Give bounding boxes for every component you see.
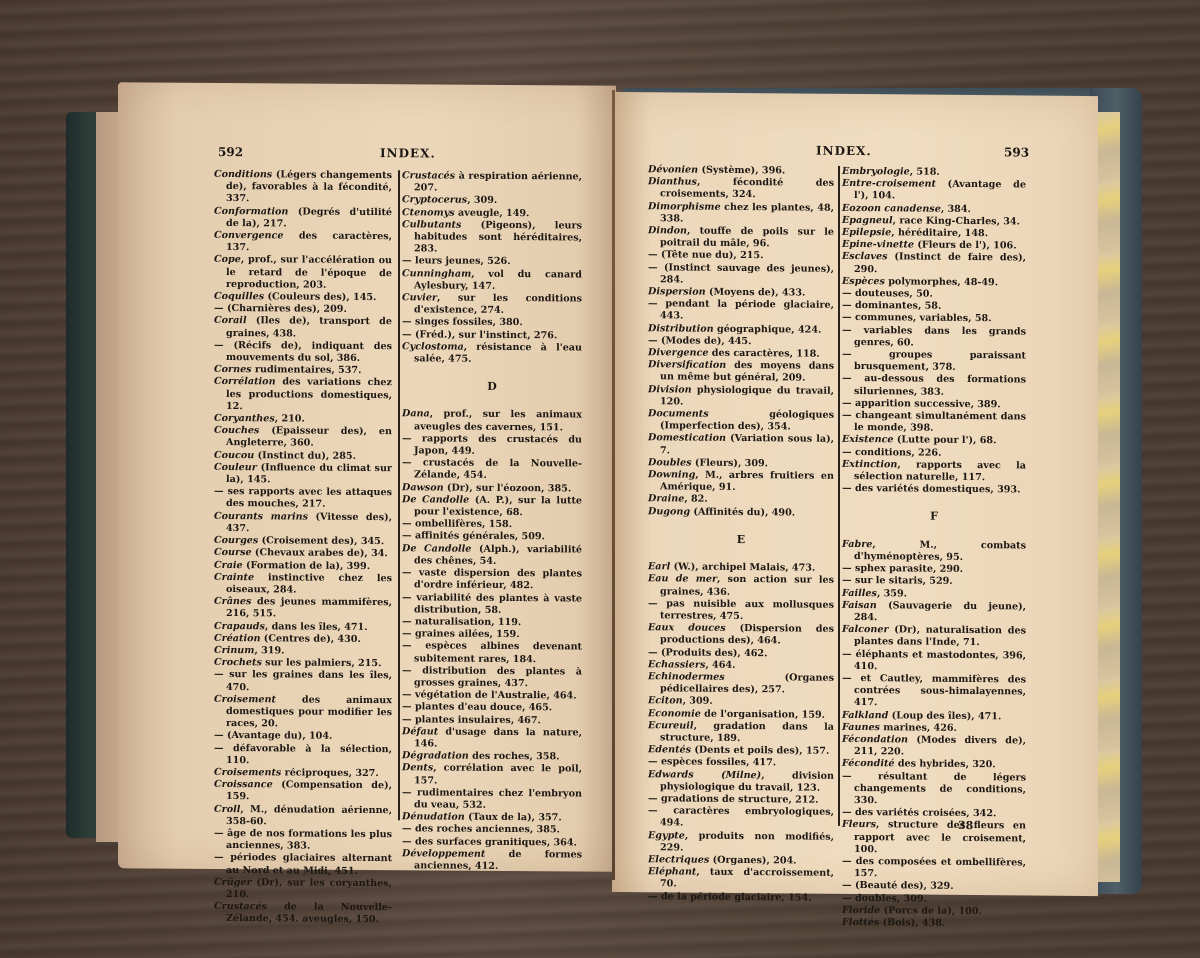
entry-text: (Lutte pour l'), 68.	[894, 435, 997, 447]
entry-term: Conformation	[214, 206, 288, 218]
index-subentry: éléphants et mastodontes, 396, 410.	[842, 648, 1026, 674]
entry-text: défavorable à la sélection, 110.	[214, 742, 392, 765]
entry-term: Falkland	[842, 709, 888, 720]
index-entry: Corail (Iles de), transport de graines, …	[214, 315, 392, 341]
index-subentry: pas nuisible aux mollusques terrestres, …	[648, 598, 834, 624]
entry-text: périodes glaciaires alternant au Nord et…	[214, 852, 392, 876]
entry-text: des caractères, 118.	[708, 348, 819, 360]
entry-term: Dénudation	[402, 811, 465, 822]
index-entry: Esclaves (Instinct de faire des), 290.	[842, 251, 1026, 277]
entry-text: sur les graines dans les îles, 470.	[214, 669, 392, 692]
entry-text: (Chevaux arabes de), 34.	[252, 547, 388, 559]
entry-term: Courges	[214, 535, 258, 546]
index-entry: Croisement des animaux domestiques pour …	[214, 694, 392, 732]
entry-text: éléphants et mastodontes, 396, 410.	[842, 648, 1026, 672]
entry-text: graines ailées, 159.	[402, 628, 520, 640]
entry-text: vaste dispersion des plantes d'ordre inf…	[402, 567, 582, 591]
entry-text: végétation de l'Australie, 464.	[402, 689, 577, 701]
index-entry: Défaut d'usage dans la nature, 146.	[402, 726, 582, 752]
index-subentry: groupes paraissant brusquement, 378.	[842, 349, 1026, 375]
entry-text: marines, 426.	[880, 722, 957, 734]
entry-term: Esclaves	[842, 251, 888, 262]
index-subentry: variabilité des plantes à vaste distribu…	[402, 592, 582, 618]
entry-text: , race King-Charles, 34.	[893, 215, 1020, 227]
entry-term: Dispersion	[648, 286, 706, 298]
entry-text: (Beauté des), 329.	[842, 880, 954, 892]
entry-text: ombellifères, 158.	[402, 519, 512, 531]
entry-term: Division	[648, 384, 692, 395]
entry-term: Crustacés	[402, 170, 455, 181]
entry-text: réciproques, 327.	[281, 767, 378, 779]
entry-term: Epilepsie	[842, 227, 891, 238]
entry-term: Cunningham	[402, 268, 471, 279]
index-entry: Documents géologiques (Imperfection des)…	[648, 408, 834, 434]
entry-term: Entre-croisement	[842, 178, 936, 190]
entry-text: doubles, 309.	[842, 892, 927, 904]
entry-term: Courants marins	[214, 511, 308, 523]
entry-text: des hybrides, 320.	[895, 759, 996, 771]
entry-text: (Avantage du), 104.	[214, 730, 332, 742]
entry-term: Croisement	[214, 694, 276, 705]
left-page: 592 INDEX. Conditions (Légers changement…	[118, 82, 616, 871]
entry-term: Ctenomys	[402, 207, 455, 218]
entry-term: Crapauds	[214, 620, 265, 631]
entry-text: âge de nos formations les plus anciennes…	[214, 828, 392, 852]
entry-text: (Moyens de), 433.	[706, 287, 806, 299]
entry-text: , corrélation avec le poil, 157.	[414, 763, 582, 786]
entry-text: des jeunes mammifères, 216, 515.	[226, 596, 392, 619]
index-entry: Cyclostoma, résistance à l'eau salée, 47…	[402, 341, 582, 367]
entry-term: Distribution	[648, 323, 714, 335]
entry-text: (Fleurs de l'), 106.	[914, 240, 1017, 252]
index-entry: Couches (Epaisseur des), en Angleterre, …	[214, 425, 392, 451]
index-entry: Corrélation des variations chez les prod…	[214, 376, 392, 414]
entry-text: , sur les conditions d'existence, 274.	[414, 293, 582, 317]
entry-text: d'usage dans la nature, 146.	[414, 726, 582, 749]
index-subentry: des composées et ombellifères, 157.	[842, 856, 1026, 882]
signature-mark: 38	[958, 819, 973, 832]
index-entry: Entre-croisement (Avantage de l'), 104.	[842, 178, 1026, 204]
entry-term: Couches	[214, 425, 259, 436]
index-entry: Culbutants (Pigeons), leurs habitudes so…	[402, 219, 582, 257]
entry-text: douteuses, 50.	[842, 288, 933, 300]
index-subentry: changeant simultanément dans le monde, 3…	[842, 410, 1026, 436]
entry-text: , 518.	[910, 166, 940, 177]
entry-text: des roches, 358.	[469, 751, 560, 763]
index-entry: Falconer (Dr), naturalisation des plante…	[842, 624, 1026, 650]
entry-text: des surfaces granitiques, 364.	[402, 836, 577, 848]
index-subentry: caractères embryologiques, 494.	[648, 805, 834, 831]
entry-text: distribution des plantes à grosses grain…	[402, 665, 582, 689]
entry-term: Egypte	[648, 830, 685, 841]
book-gutter	[612, 90, 615, 880]
index-entry: Convergence des caractères, 137.	[214, 230, 392, 256]
index-subentry: et Cautley, mammifères des contrées sous…	[842, 673, 1026, 711]
index-entry: Edwards (Milne), division physiologique …	[648, 769, 834, 795]
entry-term: Coquilles	[214, 291, 264, 302]
entry-text: , 82.	[684, 494, 707, 505]
entry-term: Fleurs	[842, 819, 876, 830]
entry-text: groupes paraissant brusquement, 378.	[842, 349, 1026, 373]
index-entry: Egypte, produits non modifiés, 229.	[648, 830, 834, 856]
index-subentry: pendant la période glaciaire, 443.	[648, 298, 834, 324]
entry-text: , 464.	[705, 659, 735, 670]
entry-text: ses rapports avec les attaques des mouch…	[214, 486, 392, 510]
entry-term: Convergence	[214, 230, 283, 241]
entry-term: Corrélation	[214, 376, 276, 387]
entry-term: Flottés	[842, 917, 879, 928]
entry-term: Corail	[214, 315, 247, 326]
entry-term: Dana	[402, 409, 430, 420]
entry-text: , 309.	[467, 195, 497, 206]
entry-term: Fécondité	[842, 758, 895, 769]
entry-text: (Instinct du), 285.	[254, 450, 356, 462]
entry-text: aveugle, 149.	[455, 207, 530, 219]
index-entry: Fleurs, structure des fleurs en rapport …	[842, 819, 1026, 857]
entry-text: sur les palmiers, 215.	[262, 657, 382, 669]
entry-text: , 309.	[683, 696, 713, 707]
entry-term: Crustacés	[214, 901, 267, 912]
entry-text: plantes insulaires, 467.	[402, 714, 541, 726]
entry-text: rapports des crustacés du Japon, 449.	[402, 433, 582, 457]
entry-text: leurs jeunes, 526.	[402, 256, 511, 268]
entry-term: Faunes	[842, 722, 880, 733]
entry-text: changeant simultanément dans le monde, 3…	[842, 410, 1026, 434]
entry-text: (Modes de), 445.	[648, 335, 751, 347]
entry-term: Floride	[842, 905, 880, 916]
entry-text: (Sauvagerie du jeune), 284.	[854, 600, 1026, 623]
entry-text: sur le sitaris, 529.	[842, 575, 953, 587]
index-subentry: vaste dispersion des plantes d'ordre inf…	[402, 567, 582, 593]
entry-text: communes, variables, 58.	[842, 312, 992, 324]
entry-term: Embryologie	[842, 166, 910, 178]
entry-text: (Dr), sur les coryanthes, 210.	[226, 877, 392, 900]
entry-text: (Fréd.), sur l'instinct, 276.	[402, 329, 557, 341]
entry-text: (Centres de), 430.	[260, 633, 360, 645]
right-page: INDEX. 593 Dévonien (Système), 396.Diant…	[612, 92, 1098, 896]
index-entry: Crânes des jeunes mammifères, 216, 515.	[214, 596, 392, 622]
entry-text: (Dents et poils des), 157.	[691, 745, 829, 757]
section-letter: D	[402, 380, 582, 393]
index-entry: Extinction, rapports avec la sélection n…	[842, 459, 1026, 485]
entry-term: Dugong	[648, 506, 690, 517]
entry-term: Cornes	[214, 364, 252, 375]
page-number: 593	[1004, 145, 1029, 159]
entry-text: (Instinct sauvage des jeunes), 284.	[648, 262, 834, 286]
left-page-header: 592 INDEX.	[118, 144, 616, 167]
index-subentry: rapports des crustacés du Japon, 449.	[402, 433, 582, 459]
entry-text: (Croisement des), 345.	[258, 535, 384, 547]
entry-text: , prof., sur l'accélération ou le retard…	[226, 255, 392, 291]
entry-text: plantes d'eau douce, 465.	[402, 702, 552, 714]
index-entry: Dents, corrélation avec le poil, 157.	[402, 763, 582, 789]
index-subentry: résultant de légers changements de condi…	[842, 770, 1026, 808]
entry-term: Eciton	[648, 696, 683, 707]
entry-term: Epagneul	[842, 215, 893, 226]
entry-text: (W.), archipel Malais, 473.	[670, 561, 815, 573]
entry-text: singes fossiles, 380.	[402, 317, 523, 329]
column-rule	[398, 170, 400, 820]
entry-term: Course	[214, 547, 252, 558]
entry-text: , M., dénudation aérienne, 358-60.	[226, 804, 392, 827]
index-subentry: des variétés domestiques, 393.	[842, 483, 1026, 497]
entry-term: Cuvier	[402, 292, 437, 303]
entry-text: variables dans les grands genres, 60.	[842, 325, 1026, 349]
entry-term: Echassiers	[648, 659, 705, 671]
index-column: Crustacés à respiration aérienne, 207.Cr…	[402, 170, 582, 873]
entry-text: crustacés de la Nouvelle-Zélande, 454.	[402, 458, 582, 482]
entry-text: (Affinités du), 490.	[690, 506, 795, 518]
entry-term: Ecureuil	[648, 720, 694, 731]
entry-term: Dévonien	[648, 164, 698, 175]
entry-term: Edentés	[648, 744, 691, 755]
entry-term: Crânes	[214, 596, 251, 607]
entry-text: de la période glaciaire, 154.	[648, 891, 811, 903]
index-entry: Développement de formes anciennes, 412.	[402, 848, 582, 874]
entry-text: (Bois), 438.	[879, 917, 945, 929]
entry-term: Coryanthes	[214, 413, 275, 424]
index-entry: Downing, M., arbres fruitiers en Amériqu…	[648, 469, 834, 495]
entry-term: Draine	[648, 494, 684, 505]
entry-term: Eléphant	[648, 866, 696, 877]
entry-term: Fécondation	[842, 734, 908, 746]
index-entry: Crainte instinctive chez les oiseaux, 28…	[214, 572, 392, 598]
index-entry: Courants marins (Vitesse des), 437.	[214, 511, 392, 537]
index-entry: Ecureuil, gradation dans la structure, 1…	[648, 720, 834, 746]
entry-term: Crainte	[214, 572, 254, 583]
index-entry: Fabre, M., combats d'hyménoptères, 95.	[842, 539, 1026, 565]
index-entry: Conformation (Degrés d'utilité de la), 2…	[214, 206, 392, 232]
index-subentry: (Récifs de), indiquant des mouvements du…	[214, 340, 392, 366]
entry-text: des roches anciennes, 385.	[402, 824, 560, 836]
entry-term: Echinodermes	[648, 671, 725, 683]
entry-text: et Cautley, mammifères des contrées sous…	[842, 673, 1026, 709]
entry-term: Dégradation	[402, 750, 469, 761]
index-entry: Croll, M., dénudation aérienne, 358-60.	[214, 803, 392, 829]
entry-term: Edwards (Milne)	[648, 769, 761, 781]
index-entry: Crüger (Dr), sur les coryanthes, 210.	[214, 877, 392, 903]
entry-text: (Dr), sur l'éozoon, 385.	[444, 482, 572, 494]
index-entry: Division physiologique du travail, 120.	[648, 384, 834, 410]
page-block-edge-right	[1096, 112, 1120, 882]
index-subentry: sur les graines dans les îles, 470.	[214, 669, 392, 695]
column-rule	[838, 166, 840, 826]
entry-text: (Porcs de la), 100.	[880, 905, 981, 917]
entry-text: espèces albines devenant subitement rare…	[402, 641, 582, 665]
entry-term: Espèces	[842, 276, 885, 287]
entry-term: Falconer	[842, 624, 889, 635]
entry-text: , 384.	[941, 203, 971, 214]
entry-text: pendant la période glaciaire, 443.	[648, 298, 834, 322]
entry-text: des variétés croisées, 342.	[842, 807, 996, 819]
index-entry: Dimorphisme chez les plantes, 48, 338.	[648, 201, 834, 227]
entry-term: Cryptocerus	[402, 195, 467, 206]
entry-term: Existence	[842, 434, 894, 445]
index-entry: Couleur (Influence du climat sur la), 14…	[214, 462, 392, 488]
index-entry: Cope, prof., sur l'accélération ou le re…	[214, 254, 392, 292]
index-subentry: variables dans les grands genres, 60.	[842, 325, 1026, 351]
entry-term: Couleur	[214, 462, 257, 473]
index-entry: Croissance (Compensation de), 159.	[214, 779, 392, 805]
index-subentry: distribution des plantes à grosses grain…	[402, 665, 582, 691]
index-entry: Fécondation (Modes divers de), 211, 220.	[842, 734, 1026, 760]
index-subentry: au-dessous des formations siluriennes, 3…	[842, 373, 1026, 399]
entry-text: , héréditaire, 148.	[891, 227, 988, 239]
entry-term: Croissance	[214, 779, 273, 790]
entry-term: Défaut	[402, 726, 438, 737]
entry-text: (Formation de la), 399.	[243, 560, 370, 572]
index-entry: Dana, prof., sur les animaux aveugles de…	[402, 409, 582, 435]
entry-text: (Système), 396.	[698, 165, 785, 177]
entry-term: Failles	[842, 587, 877, 598]
entry-text: polymorphes, 48-49.	[885, 276, 998, 288]
entry-text: rudimentaires, 537.	[252, 364, 362, 376]
index-subentry: âge de nos formations les plus anciennes…	[214, 828, 392, 854]
index-subentry: ses rapports avec les attaques des mouch…	[214, 486, 392, 512]
entry-text: (Iles de), transport de graines, 438.	[226, 316, 392, 340]
index-subentry: crustacés de la Nouvelle-Zélande, 454.	[402, 458, 582, 484]
index-entry: De Candolle (Alph.), variabilité des chê…	[402, 543, 582, 569]
index-entry: Crustacés de la Nouvelle-Zélande, 454. a…	[214, 901, 392, 927]
entry-text: (Taux de la), 357.	[465, 812, 562, 824]
section-letter: E	[648, 533, 834, 547]
entry-term: Culbutants	[402, 219, 461, 230]
entry-term: Coucou	[214, 450, 254, 461]
entry-text: espèces fossiles, 417.	[648, 757, 776, 769]
entry-term: Divergence	[648, 347, 708, 359]
entry-term: Downing	[648, 469, 695, 480]
entry-text: rudimentaires chez l'embryon du veau, 53…	[402, 787, 582, 811]
entry-text: (Loup des îles), 471.	[888, 710, 1001, 722]
entry-term: Diversification	[648, 359, 726, 371]
entry-text: apparition successive, 389.	[842, 398, 1001, 410]
entry-text: (Organes), 204.	[709, 855, 796, 867]
index-entry: Dugong (Affinités du), 490.	[648, 506, 834, 520]
index-entry: Diversification des moyens dans un même …	[648, 359, 834, 385]
entry-text: (Produits des), 462.	[648, 647, 767, 659]
index-entry: Dianthus, fécondité des croisements, 324…	[648, 176, 834, 202]
entry-term: Croisements	[214, 767, 281, 778]
index-entry: Crustacés à respiration aérienne, 207.	[402, 170, 582, 196]
entry-term: Dianthus	[648, 176, 697, 187]
entry-text: dominantes, 58.	[842, 300, 941, 312]
running-head: INDEX.	[380, 146, 436, 160]
entry-text: naturalisation, 119.	[402, 616, 521, 628]
entry-text: (Récifs de), indiquant des mouvements du…	[214, 340, 392, 364]
entry-term: Crinum	[214, 645, 254, 656]
index-entry: Dindon, touffe de poils sur le poitrail …	[648, 225, 834, 251]
entry-text: , 319.	[254, 645, 284, 656]
entry-term: Fabre	[842, 539, 872, 550]
entry-term: Economie	[648, 708, 701, 719]
running-head: INDEX.	[816, 144, 872, 158]
index-entry: De Candolle (A. P.), sur la lutte pour l…	[402, 494, 582, 520]
entry-text: au-dessous des formations siluriennes, 3…	[842, 373, 1026, 397]
entry-term: Dents	[402, 763, 433, 774]
entry-term: Cyclostoma	[402, 341, 464, 352]
entry-text: des variétés domestiques, 393.	[842, 483, 1020, 496]
entry-text: pas nuisible aux mollusques terrestres, …	[648, 598, 834, 622]
index-entry: Flottés (Bois), 438.	[842, 917, 1026, 931]
index-column: Dévonien (Système), 396.Dianthus, fécond…	[648, 164, 834, 904]
entry-text: sphex parasite, 290.	[842, 563, 963, 575]
entry-text: (Charnières des), 209.	[214, 303, 347, 315]
entry-term: Crochets	[214, 657, 262, 668]
entry-text: des composées et ombellifères, 157.	[842, 856, 1026, 880]
index-entry: Eau de mer, son action sur les graines, …	[648, 573, 834, 599]
entry-text: , structure des fleurs en rapport avec l…	[854, 820, 1026, 855]
entry-term: Dawson	[402, 482, 444, 493]
entry-term: Création	[214, 633, 260, 644]
right-page-header: INDEX. 593	[612, 142, 1098, 166]
entry-term: Doubles	[648, 457, 692, 468]
entry-term: De Candolle	[402, 494, 469, 505]
entry-text: variabilité des plantes à vaste distribu…	[402, 592, 582, 616]
index-subentry: (Instinct sauvage des jeunes), 284.	[648, 262, 834, 288]
index-subentry: espèces albines devenant subitement rare…	[402, 641, 582, 667]
index-subentry: rudimentaires chez l'embryon du veau, 53…	[402, 787, 582, 813]
entry-term: Cope	[214, 254, 241, 265]
section-letter: F	[842, 510, 1026, 524]
index-subentry: défavorable à la sélection, 110.	[214, 742, 392, 768]
index-entry: Domestication (Variation sous la), 7.	[648, 433, 834, 459]
index-subentry: de la période glaciaire, 154.	[648, 891, 834, 905]
entry-term: Eozoon canadense	[842, 202, 941, 214]
entry-text: (Tête nue du), 215.	[648, 250, 763, 262]
entry-text: , prof., sur les animaux aveugles des ca…	[414, 409, 582, 433]
index-column: Embryologie, 518.Entre-croisement (Avant…	[842, 166, 1026, 931]
entry-term: Earl	[648, 561, 670, 572]
entry-text: géographique, 424.	[714, 323, 822, 335]
entry-text: résultant de légers changements de condi…	[842, 770, 1026, 806]
entry-text: de l'organisation, 159.	[701, 708, 825, 720]
entry-text: (Fleurs), 309.	[692, 457, 768, 469]
entry-text: , 210.	[275, 413, 305, 424]
entry-term: De Candolle	[402, 543, 471, 554]
index-entry: Echinodermes (Organes pédicellaires des)…	[648, 671, 834, 697]
entry-term: Documents	[648, 408, 709, 420]
entry-text: caractères embryologiques, 494.	[648, 805, 834, 829]
entry-term: Eaux douces	[648, 622, 726, 634]
entry-term: Craie	[214, 559, 243, 570]
index-entry: Cunningham, vol du canard Aylesbury, 147…	[402, 268, 582, 294]
entry-term: Electriques	[648, 854, 709, 866]
entry-text: , 359.	[877, 588, 907, 599]
entry-text: affinités générales, 509.	[402, 531, 545, 543]
entry-term: Développement	[402, 848, 485, 860]
entry-text: conditions, 226.	[842, 447, 941, 459]
entry-term: Faisan	[842, 600, 877, 611]
entry-term: Dimorphisme	[648, 201, 721, 213]
entry-term: Epine-vinette	[842, 239, 914, 251]
entry-text: , produits non modifiés, 229.	[660, 830, 834, 853]
index-entry: Cuvier, sur les conditions d'existence, …	[402, 292, 582, 318]
entry-text: , dans les îles, 471.	[265, 621, 368, 633]
entry-text: , M., combats d'hyménoptères, 95.	[854, 539, 1026, 563]
page-number: 592	[218, 145, 243, 159]
entry-term: Crüger	[214, 877, 252, 888]
index-entry: Eaux douces (Dispersion des productions …	[648, 622, 834, 648]
entry-term: Eau de mer	[648, 573, 717, 585]
index-entry: Eléphant, taux d'accroissement, 70.	[648, 866, 834, 892]
entry-term: Dindon	[648, 225, 687, 236]
entry-term: Croll	[214, 803, 240, 814]
index-entry: Conditions (Légers changements de), favo…	[214, 169, 392, 207]
index-column: Conditions (Légers changements de), favo…	[214, 169, 392, 927]
entry-term: Extinction	[842, 459, 897, 470]
entry-text: (Couleurs des), 145.	[264, 291, 376, 303]
index-subentry: périodes glaciaires alternant au Nord et…	[214, 852, 392, 878]
